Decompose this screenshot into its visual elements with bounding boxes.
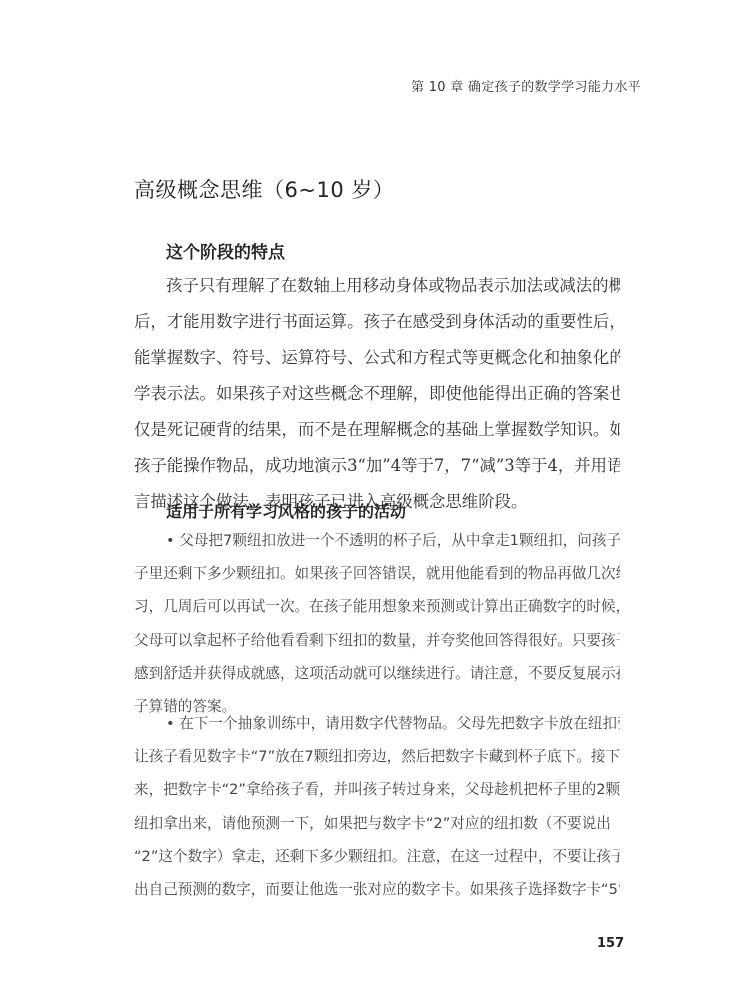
text-line: 孩子只有理解了在数轴上用移动身体或物品表示加法或减法的概念 [134,268,620,304]
text-line: 仅是死记硬背的结果，而不是在理解概念的基础上掌握数学知识。如果 [134,412,620,448]
text-line: 感到舒适并获得成就感，这项活动就可以继续进行。请注意，不要反复展示孩 [134,657,620,690]
text-line: “2”这个数字）拿走，还剩下多少颗纽扣。注意，在这一过程中，不要让孩子说 [134,840,620,873]
text-line: 能掌握数字、符号、运算符号、公式和方程式等更概念化和抽象化的数 [134,340,620,376]
bullet-activity-2: • 在下一个抽象训练中，请用数字代替物品。父母先把数字卡放在纽扣旁， 让孩子看见… [134,707,620,906]
text-line: 纽扣拿出来，请他预测一下，如果把与数字卡“2”对应的纽扣数（不要说出 [134,807,620,840]
section-title: 高级概念思维（6~10 岁） [134,174,394,204]
text-line: • 父母把7颗纽扣放进一个不透明的杯子后，从中拿走1颗纽扣，问孩子杯 [134,524,620,557]
text-line: 学表示法。如果孩子对这些概念不理解，即使他能得出正确的答案也仅 [134,376,620,412]
text-line: 让孩子看见数字卡“7”放在7颗纽扣旁边，然后把数字卡藏到杯子底下。接下 [134,740,620,773]
text-line: 子里还剩下多少颗纽扣。如果孩子回答错误，就用他能看到的物品再做几次练 [134,557,620,590]
subheading-stage-characteristics: 这个阶段的特点 [166,238,285,263]
text-line: • 在下一个抽象训练中，请用数字代替物品。父母先把数字卡放在纽扣旁， [134,707,620,740]
subheading-activities: 适用于所有学习风格的孩子的活动 [166,499,406,522]
bullet-activity-1: • 父母把7颗纽扣放进一个不透明的杯子后，从中拿走1颗纽扣，问孩子杯 子里还剩下… [134,524,620,723]
running-header: 第 10 章 确定孩子的数学学习能力水平 [411,76,641,95]
paragraph-stage-characteristics: 孩子只有理解了在数轴上用移动身体或物品表示加法或减法的概念 后，才能用数字进行书… [134,268,620,520]
text-line: 后，才能用数字进行书面运算。孩子在感受到身体活动的重要性后，才 [134,304,620,340]
text-line: 孩子能操作物品，成功地演示3“加”4等于7，7“减”3等于4，并用语 [134,448,620,484]
text-line: 习，几周后可以再试一次。在孩子能用想象来预测或计算出正确数字的时候， [134,590,620,623]
text-line: 父母可以拿起杯子给他看看剩下纽扣的数量，并夸奖他回答得很好。只要孩子 [134,624,620,657]
page-number: 157 [597,936,624,951]
text-line: 来，把数字卡“2”拿给孩子看，并叫孩子转过身来，父母趁机把杯子里的2颗 [134,773,620,806]
text-line: 出自己预测的数字，而要让他选一张对应的数字卡。如果孩子选择数字卡“5”， [134,873,620,906]
